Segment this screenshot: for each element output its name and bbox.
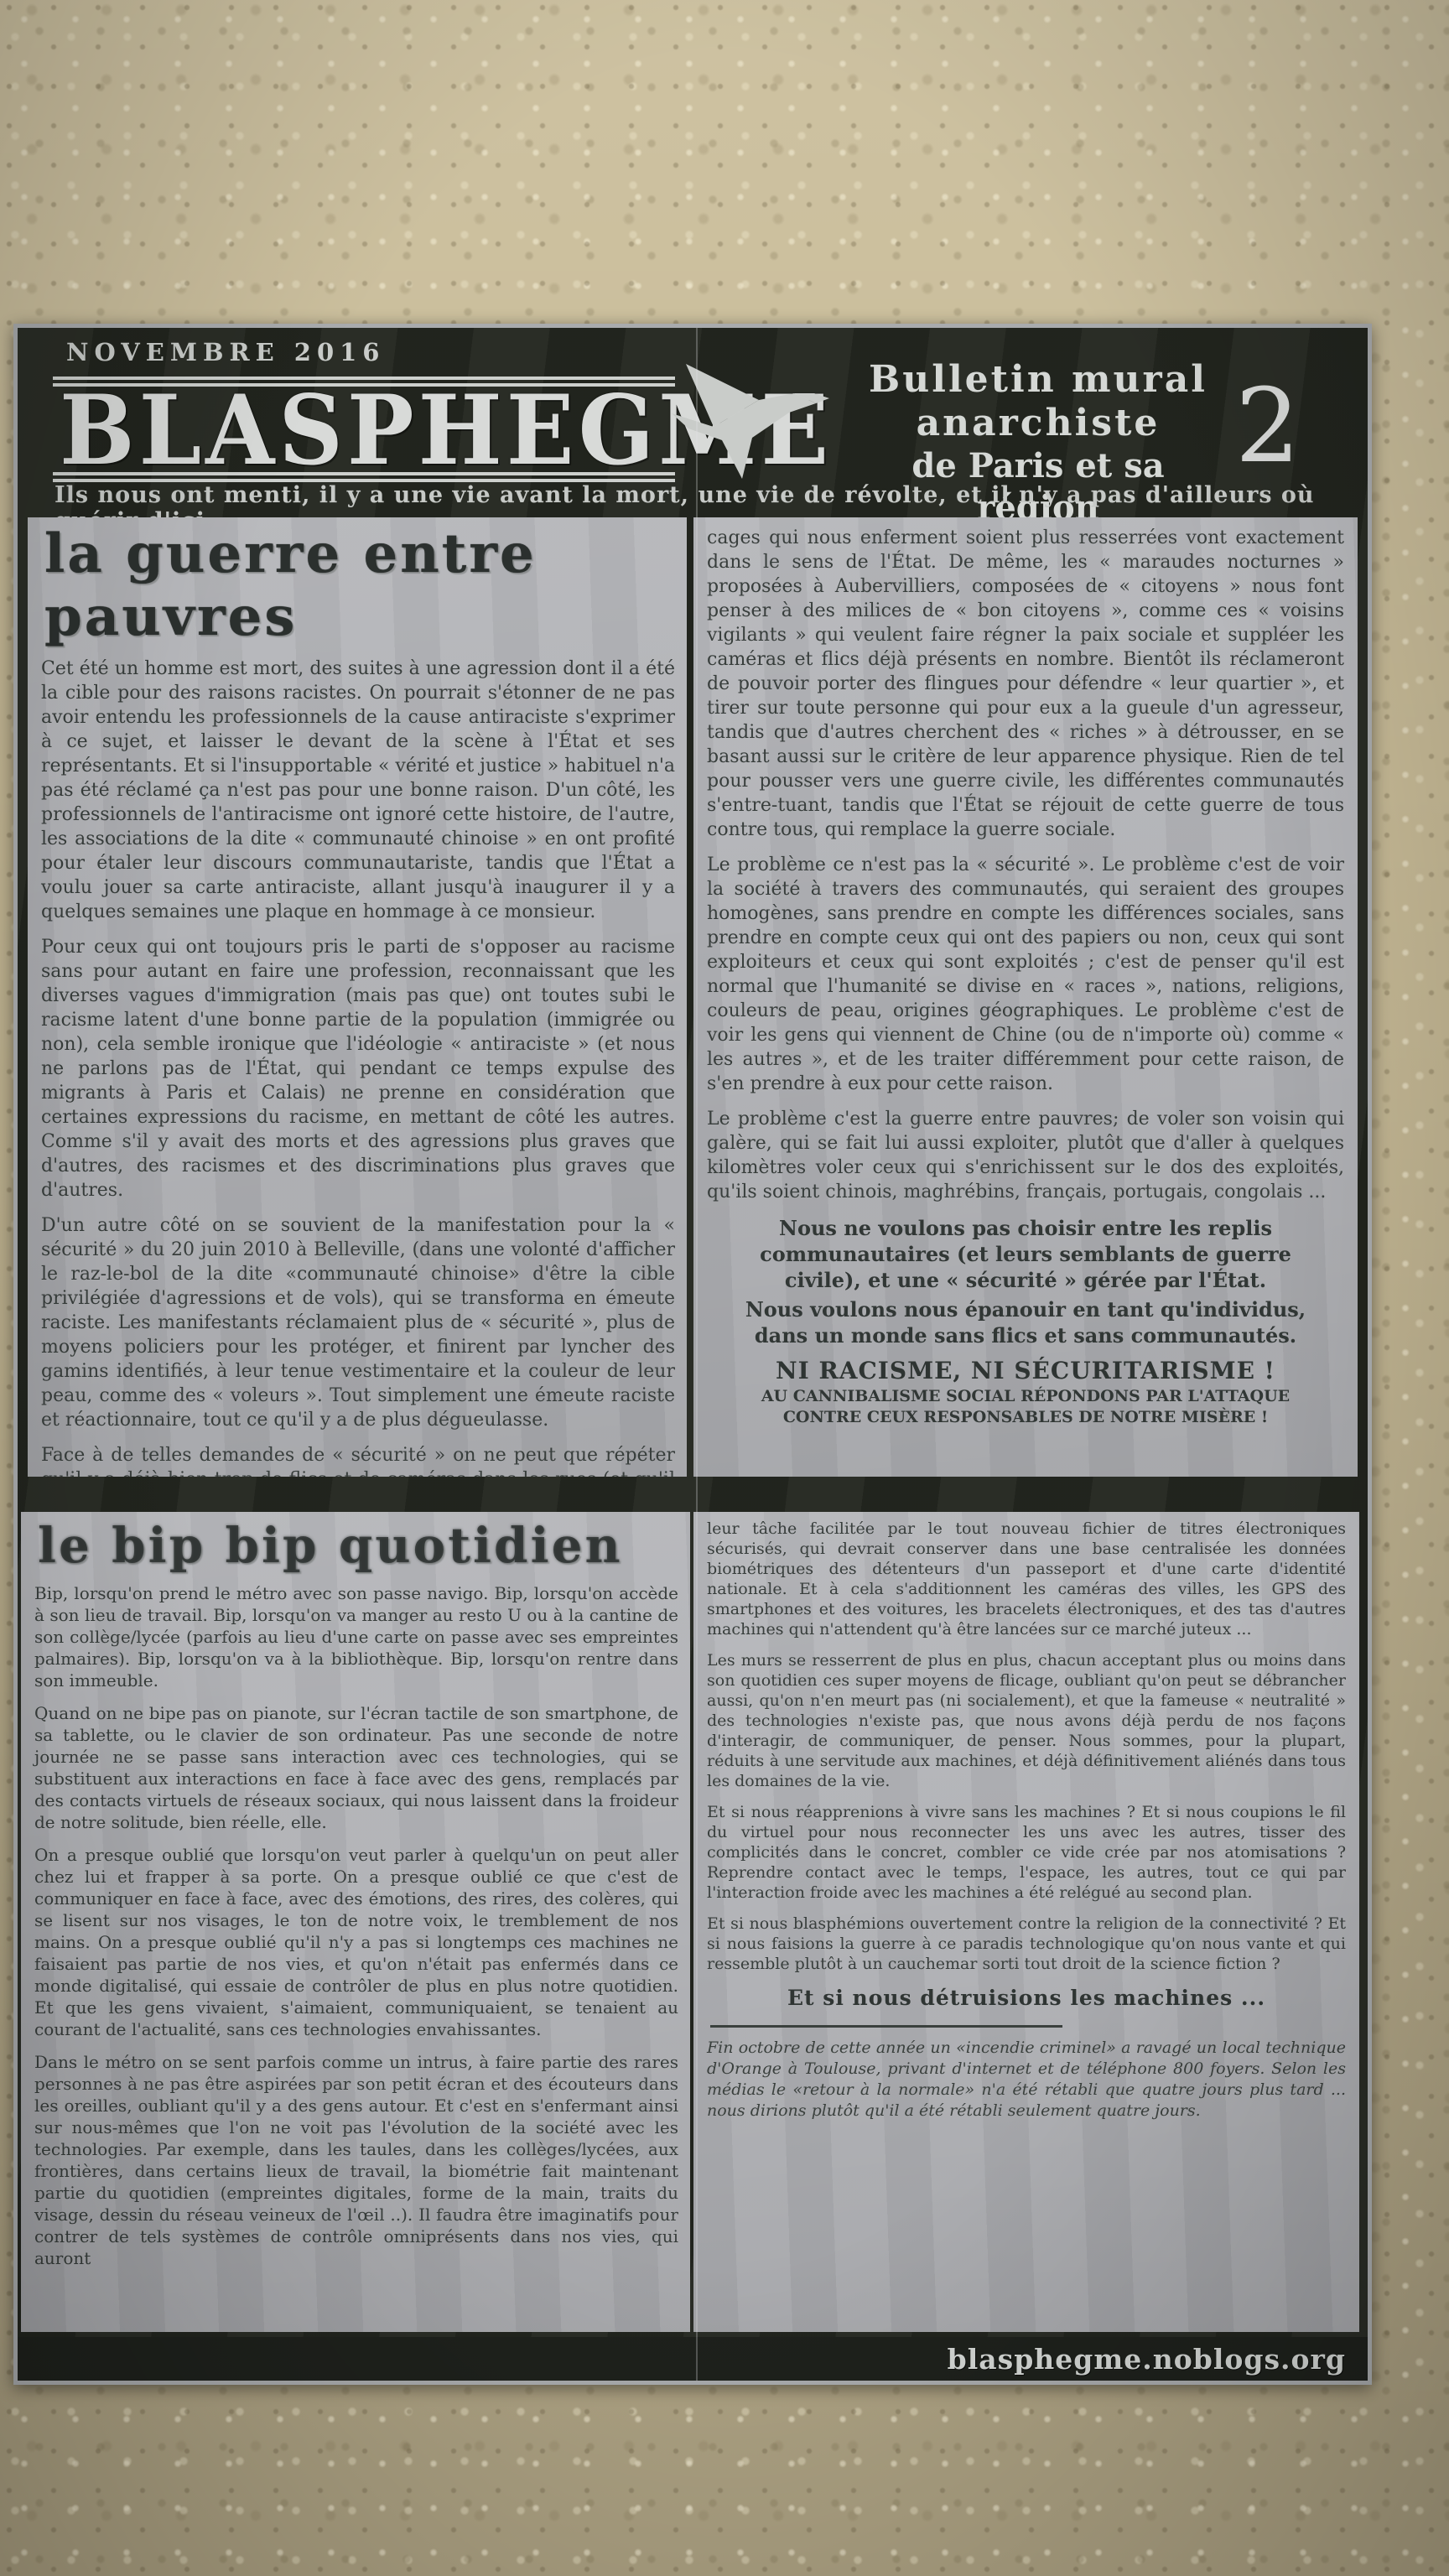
paragraph: Et si nous blasphémions ouvertement cont… bbox=[707, 1914, 1346, 1974]
origami-dove-icon bbox=[665, 360, 854, 486]
article2-left-column: le bip bip quotidien Bip, lorsqu'on pren… bbox=[21, 1512, 690, 2332]
article1-left-column: la guerre entre pauvres Cet été un homme… bbox=[28, 517, 687, 1477]
subtitle-line-1: Bulletin mural anarchiste bbox=[853, 358, 1223, 445]
poster-footer-bar: blasphegme.noblogs.org bbox=[18, 2337, 1368, 2381]
paragraph: Le problème c'est la guerre entre pauvre… bbox=[707, 1107, 1344, 1204]
slogan: NI RACISME, NI SÉCURITARISME ! bbox=[707, 1357, 1344, 1384]
footnote: Fin octobre de cette année un «incendie … bbox=[707, 2038, 1346, 2122]
paragraph: On a presque oublié que lorsqu'on veut p… bbox=[34, 1844, 678, 2040]
paragraph: Dans le métro on se sent parfois comme u… bbox=[34, 2051, 678, 2269]
article2-right-paragraphs: leur tâche facilitée par le tout nouveau… bbox=[707, 1519, 1346, 1974]
issue-date: NOVEMBRE 2016 bbox=[66, 338, 386, 366]
article1-title: la guerre entre pauvres bbox=[44, 522, 675, 648]
footnote-rule bbox=[710, 2025, 1062, 2028]
paragraph: D'un autre côté on se souvient de la man… bbox=[41, 1213, 675, 1432]
paragraph: Cet été un homme est mort, des suites à … bbox=[41, 657, 675, 924]
paragraph: Le problème ce n'est pas la « sécurité »… bbox=[707, 853, 1344, 1096]
paragraph: Quand on ne bipe pas on pianote, sur l'é… bbox=[34, 1702, 678, 1833]
article-bip-bip-quotidien: le bip bip quotidien Bip, lorsqu'on pren… bbox=[18, 1512, 1368, 2337]
paragraph: Et si nous réapprenions à vivre sans les… bbox=[707, 1802, 1346, 1903]
paragraph: Pour ceux qui ont toujours pris le parti… bbox=[41, 935, 675, 1202]
call-to-action: Et si nous détruisions les machines ... bbox=[707, 1986, 1346, 2010]
masthead: NOVEMBRE 2016 BLASPHEGME Bulletin mural … bbox=[18, 328, 1368, 514]
issue-number: 2 bbox=[1235, 366, 1301, 486]
paragraph: cages qui nous enferment soient plus res… bbox=[707, 526, 1344, 842]
paragraph: Les murs se resserrent de plus en plus, … bbox=[707, 1650, 1346, 1791]
paragraph: Face à de telles demandes de « sécurité … bbox=[41, 1443, 675, 1477]
article2-left-paragraphs: Bip, lorsqu'on prend le métro avec son p… bbox=[34, 1582, 678, 2269]
article2-title: le bip bip quotidien bbox=[38, 1517, 678, 1574]
anarchist-bulletin-poster: NOVEMBRE 2016 BLASPHEGME Bulletin mural … bbox=[13, 324, 1372, 2385]
slogan-subline: AU CANNIBALISME SOCIAL RÉPONDONS PAR L'A… bbox=[732, 1386, 1319, 1428]
double-rule-bottom bbox=[53, 472, 675, 482]
article1-left-paragraphs: Cet été un homme est mort, des suites à … bbox=[41, 657, 675, 1477]
paragraph: Bip, lorsqu'on prend le métro avec son p… bbox=[34, 1582, 678, 1691]
manifesto-block: Nous ne voulons pas choisir entre les re… bbox=[722, 1215, 1329, 1348]
article1-right-column: cages qui nous enferment soient plus res… bbox=[693, 517, 1358, 1477]
manifesto-line: Nous ne voulons pas choisir entre les re… bbox=[722, 1215, 1329, 1293]
article-guerre-entre-pauvres: la guerre entre pauvres Cet été un homme… bbox=[18, 514, 1368, 1480]
article2-right-column: leur tâche facilitée par le tout nouveau… bbox=[693, 1512, 1359, 2332]
website-url: blasphegme.noblogs.org bbox=[948, 2343, 1346, 2376]
manifesto-line: Nous voulons nous épanouir en tant qu'in… bbox=[722, 1296, 1329, 1348]
article1-right-paragraphs: cages qui nous enferment soient plus res… bbox=[707, 526, 1344, 1204]
paragraph: leur tâche facilitée par le tout nouveau… bbox=[707, 1519, 1346, 1639]
paper-fold-crease bbox=[696, 328, 698, 2381]
